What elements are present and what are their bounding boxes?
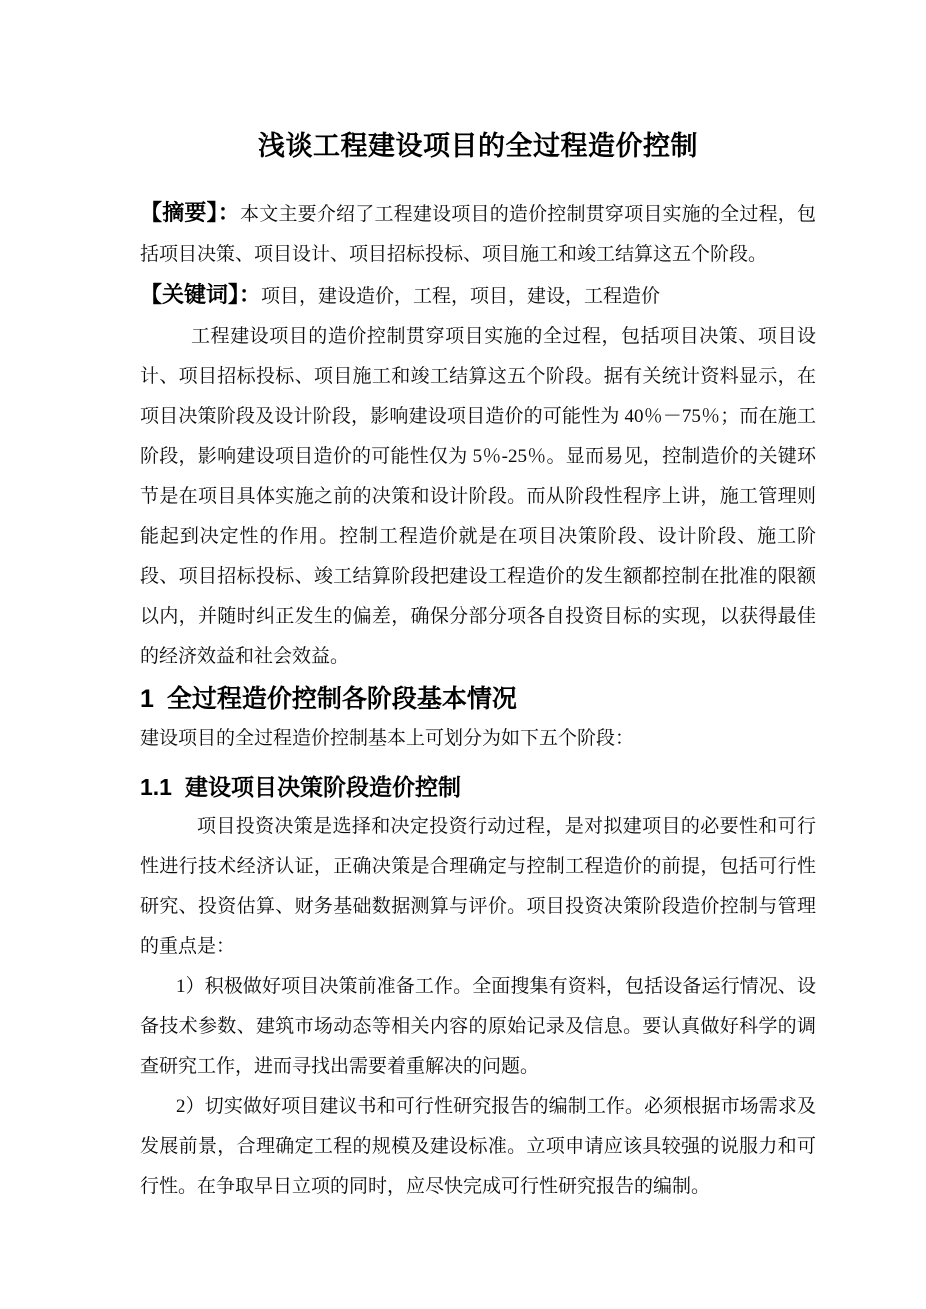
page-title: 浅谈工程建设项目的全过程造价控制 (140, 126, 816, 166)
subsection-1-1-heading: 1.1建设项目决策阶段造价控制 (140, 767, 816, 807)
list-item-2: 2）切实做好项目建议书和可行性研究报告的编制工作。必须根据市场需求及发展前景，合… (140, 1087, 816, 1207)
section-1-heading: 1全过程造价控制各阶段基本情况 (140, 679, 816, 719)
keywords-paragraph: 【关键词】：项目，建设造价，工程，项目，建设，工程造价 (140, 275, 816, 317)
abstract-paragraph: 【摘要】：本文主要介绍了工程建设项目的造价控制贯穿项目实施的全过程，包括项目决策… (140, 193, 816, 275)
abstract-label: 【摘要】： (140, 200, 240, 225)
document-page: 浅谈工程建设项目的全过程造价控制 【摘要】：本文主要介绍了工程建设项目的造价控制… (0, 0, 926, 1309)
subsection-1-1-title: 建设项目决策阶段造价控制 (185, 774, 461, 800)
keywords-text: 项目，建设造价，工程，项目，建设，工程造价 (261, 286, 660, 307)
intro-paragraph: 工程建设项目的造价控制贯穿项目实施的全过程，包括项目决策、项目设计、项目招标投标… (140, 317, 816, 677)
subsection-1-1-number: 1.1 (140, 774, 172, 800)
section-1-number: 1 (140, 685, 154, 713)
abstract-text: 本文主要介绍了工程建设项目的造价控制贯穿项目实施的全过程，包括项目决策、项目设计… (140, 204, 816, 265)
decision-stage-paragraph: 项目投资决策是选择和决定投资行动过程，是对拟建项目的必要性和可行性进行技术经济认… (140, 807, 816, 967)
keywords-label: 【关键词】： (140, 282, 261, 307)
section-1-title: 全过程造价控制各阶段基本情况 (167, 685, 517, 713)
section-1-lead-paragraph: 建设项目的全过程造价控制基本上可划分为如下五个阶段： (140, 719, 816, 759)
document-content: 浅谈工程建设项目的全过程造价控制 【摘要】：本文主要介绍了工程建设项目的造价控制… (140, 0, 816, 1207)
list-item-1: 1）积极做好项目决策前准备工作。全面搜集有资料，包括设备运行情况、设备技术参数、… (140, 967, 816, 1087)
